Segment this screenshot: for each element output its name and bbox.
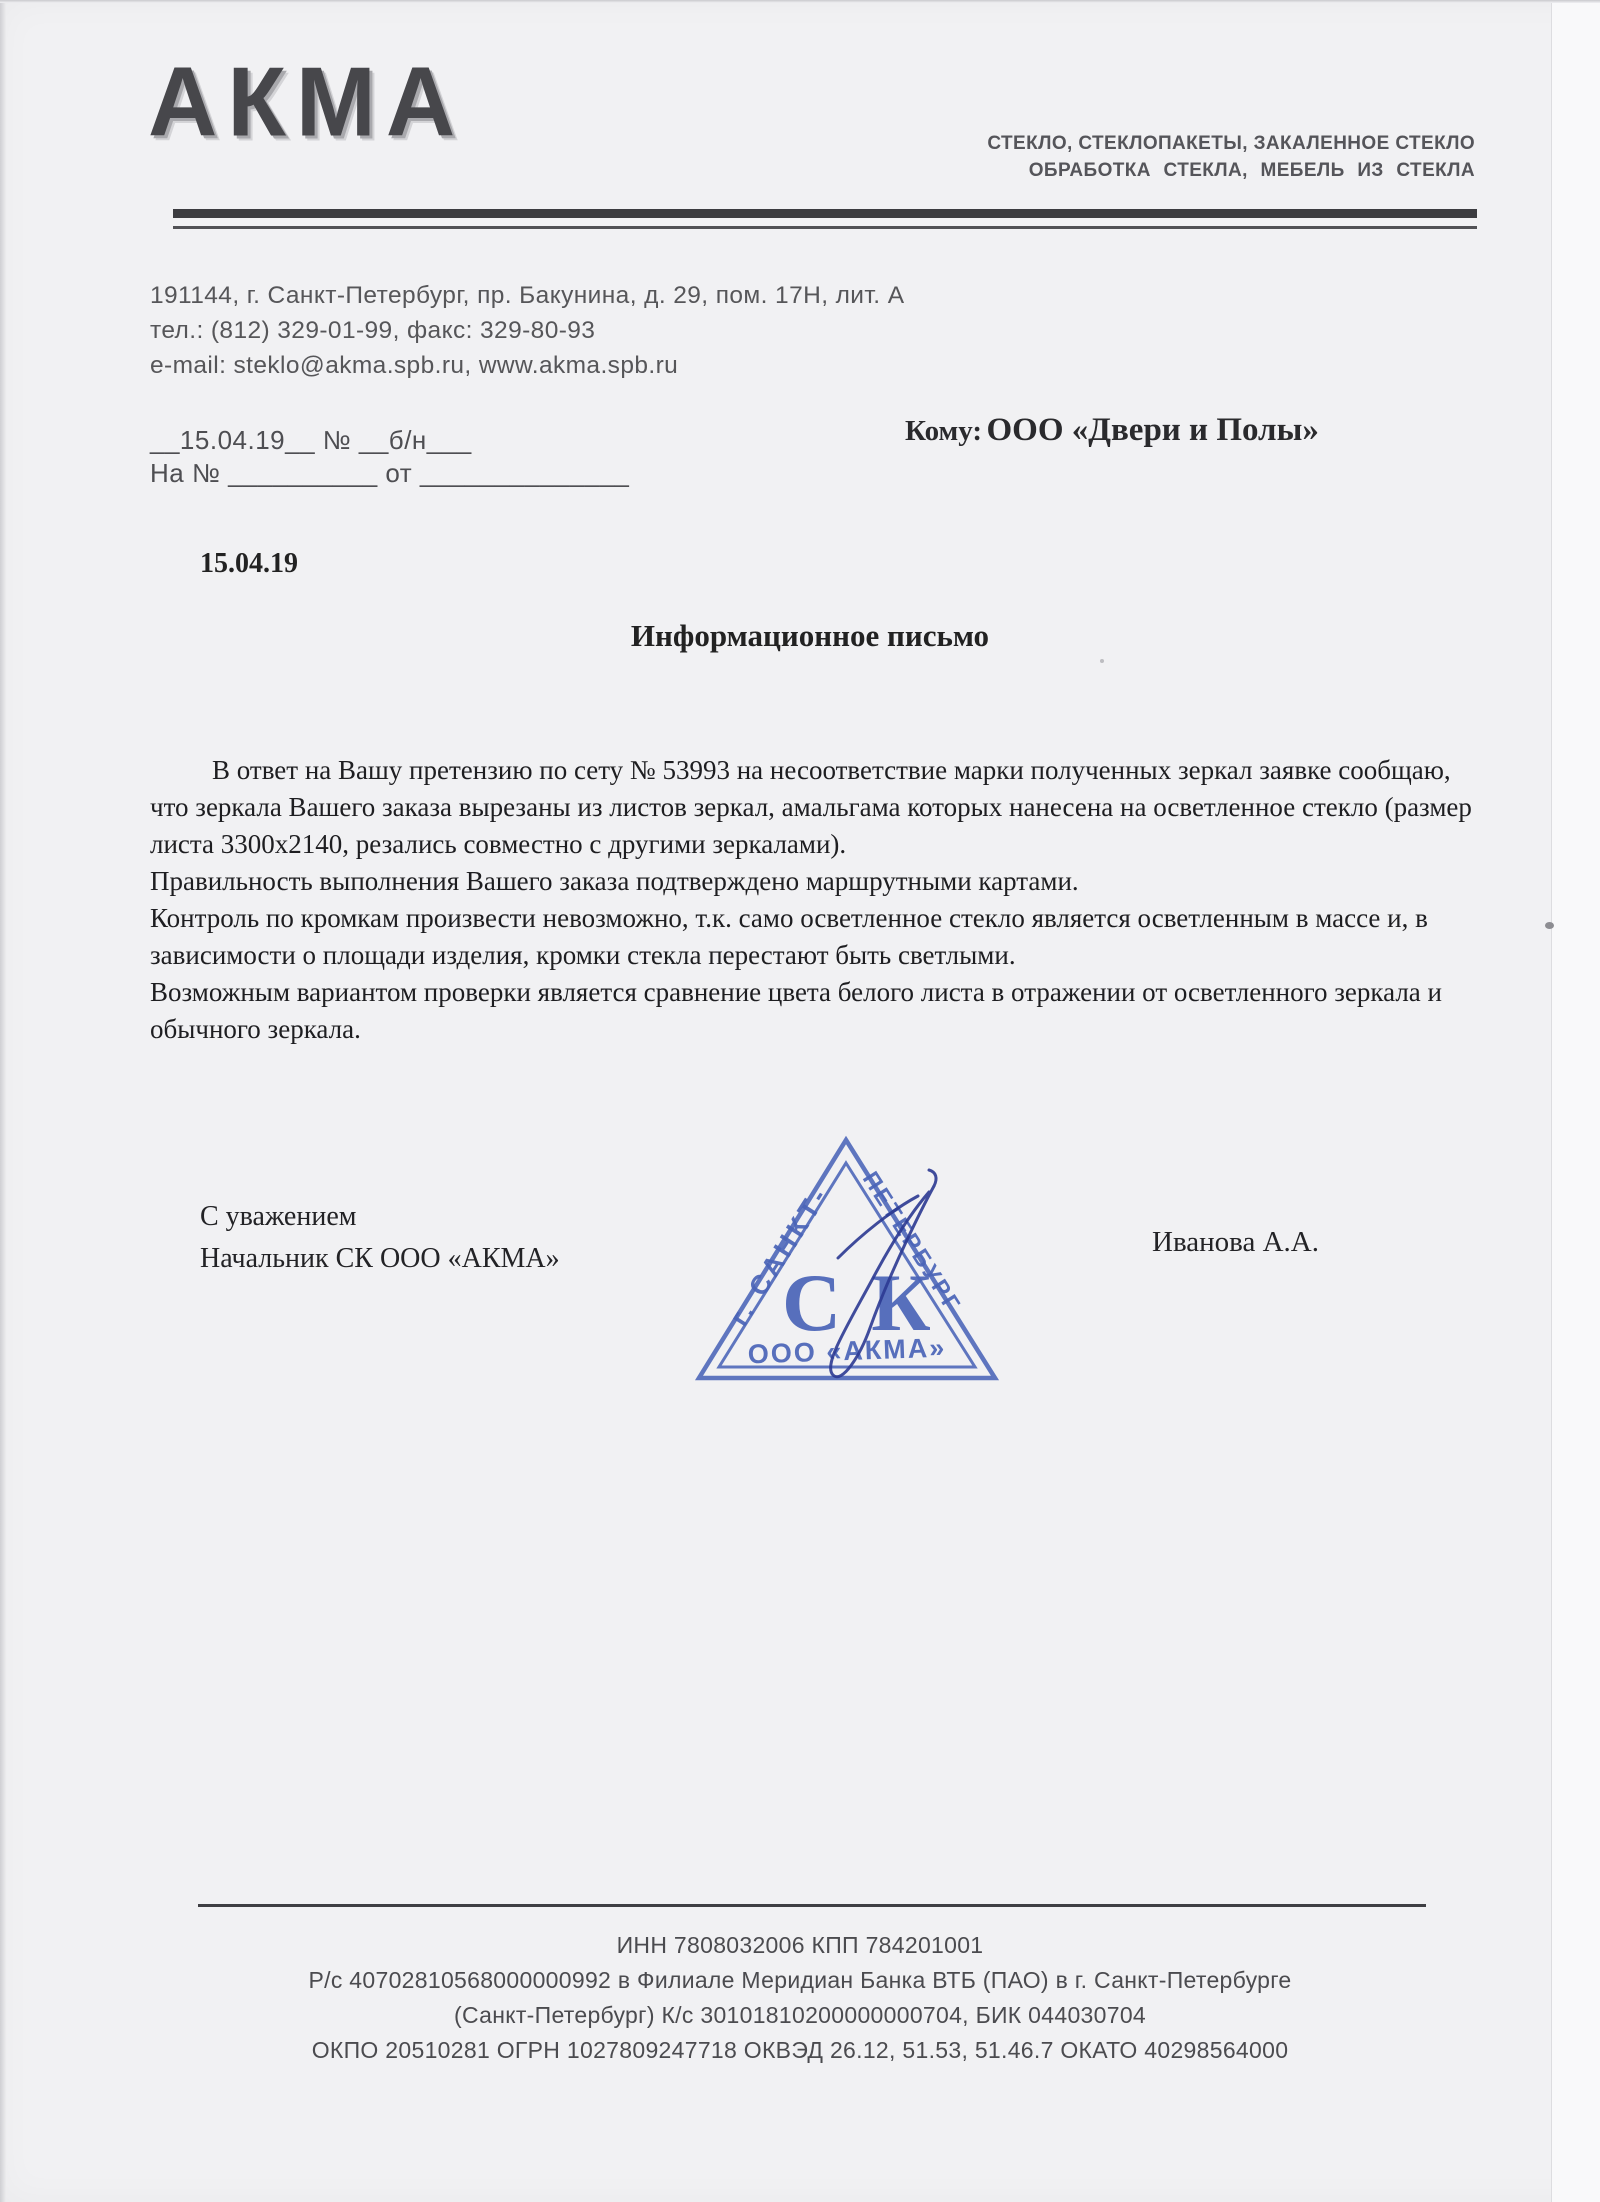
scanner-background-strip [1551,0,1600,2202]
company-stamp: г. САНКТ- ПЕТЕРБУРГ СК ООО «АКМА» [686,1130,1010,1408]
body-paragraph-3: Контроль по кромкам произвести невозможн… [150,900,1480,974]
reply-to-line: На № __________ от ______________ [150,457,629,490]
tagline-line-2: ОБРАБОТКА СТЕКЛА, МЕБЕЛЬ ИЗ СТЕКЛА [987,157,1475,184]
letter-title: Информационное письмо [0,618,1600,654]
header-tagline: СТЕКЛО, СТЕКЛОПАКЕТЫ, ЗАКАЛЕННОЕ СТЕКЛО … [987,130,1475,184]
header-rule-thick [173,209,1477,218]
footer-requisites: ИНН 7808032006 КПП 784201001 Р/с 4070281… [0,1928,1600,2068]
phone-fax-line: тел.: (812) 329-01-99, факс: 329-80-93 [150,313,904,348]
email-web-line: e-mail: steklo@akma.spb.ru, www.akma.spb… [150,348,904,383]
stamp-company-name: ООО «АКМА» [747,1333,946,1370]
footer-okpo-ogrn-line: ОКПО 20510281 ОГРН 1027809247718 ОКВЭД 2… [0,2033,1600,2068]
scanned-letter-page: АКМА СТЕКЛО, СТЕКЛОПАКЕТЫ, ЗАКАЛЕННОЕ СТ… [0,0,1600,2202]
reference-lines: __15.04.19__ № __б/н___ На № __________ … [150,424,629,490]
recipient-label: Кому: [905,415,982,447]
outgoing-date-number-line: __15.04.19__ № __б/н___ [150,424,629,457]
closing-salutation: С уважением [200,1196,560,1238]
company-logo: АКМА [148,47,465,159]
recipient-name: ООО «Двери и Полы» [987,412,1319,448]
footer-inn-kpp-line: ИНН 7808032006 КПП 784201001 [0,1928,1600,1963]
recipient-line: Кому: ООО «Двери и Полы» [905,412,1319,449]
body-paragraph-1: В ответ на Вашу претензию по сету № 5399… [150,752,1480,863]
body-paragraph-2: Правильность выполнения Вашего заказа по… [150,863,1480,900]
scan-top-edge [0,0,1600,3]
signee-name: Иванова А.А. [1152,1226,1319,1259]
scan-speck-small [1100,659,1104,663]
letter-date: 15.04.19 [200,548,298,580]
scan-left-edge [0,0,6,2202]
signer-position: Начальник СК ООО «АКМА» [200,1238,560,1280]
footer-corr-account-line: (Санкт-Петербург) К/с 301018102000000007… [0,1998,1600,2033]
company-address-block: 191144, г. Санкт-Петербург, пр. Бакунина… [150,278,904,383]
signature-closing-block: С уважением Начальник СК ООО «АКМА» [200,1196,560,1280]
footer-rule [198,1904,1426,1907]
tagline-line-1: СТЕКЛО, СТЕКЛОПАКЕТЫ, ЗАКАЛЕННОЕ СТЕКЛО [987,130,1475,157]
letter-body: В ответ на Вашу претензию по сету № 5399… [150,752,1480,1048]
body-paragraph-4: Возможным вариантом проверки является ср… [150,974,1480,1048]
footer-bank-account-line: Р/с 40702810568000000992 в Филиале Мерид… [0,1963,1600,1998]
header-rule-thin [173,226,1477,229]
address-line: 191144, г. Санкт-Петербург, пр. Бакунина… [150,278,904,313]
scan-speck [1545,922,1554,929]
